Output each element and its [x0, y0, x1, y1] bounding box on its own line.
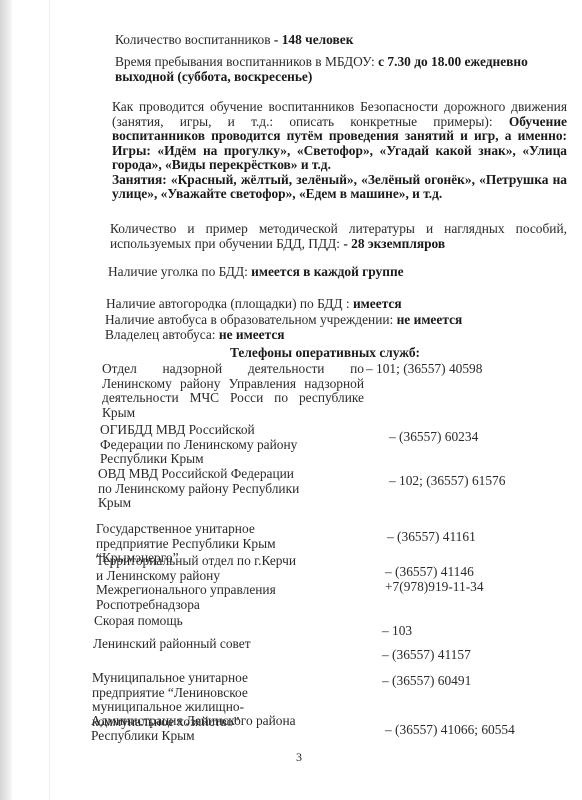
training-games: Игры: «Идём на прогулку», «Светофор», «У… — [112, 143, 567, 173]
service-phone: – (36557) 41066; 60554 — [385, 723, 515, 738]
service-name: Скорая помощь — [94, 614, 314, 629]
literature-label: Количество и пример методической литерат… — [110, 221, 567, 251]
service-name: Администрация Ленинского района Республи… — [91, 714, 311, 743]
corner-label: Наличие уголка по БДД: — [108, 264, 251, 279]
bus-owner: Владелец автобуса: не имеется — [105, 328, 555, 343]
pupils-label: Количество воспитанников — [115, 32, 271, 47]
bus-value: не имеется — [397, 312, 463, 327]
corner-value: имеется в каждой группе — [251, 264, 403, 279]
service-name: Территориальный отдел по г.Керчи и Ленин… — [96, 554, 301, 612]
service-phone: – 102; (36557) 61576 — [389, 474, 505, 489]
page-number: 3 — [296, 750, 302, 765]
service-phone-mobile: +7(978)919-11-34 — [385, 580, 484, 595]
pupils-value: - 148 человек — [271, 32, 354, 47]
bus-label: Наличие автобуса в образовательном учреж… — [105, 312, 397, 327]
stay-time-label: Время пребывания воспитанников в МБДОУ: — [115, 54, 378, 69]
bdd-corner: Наличие уголка по БДД: имеется в каждой … — [108, 265, 558, 280]
service-phone: – (36557) 41146 — [385, 565, 474, 580]
bus-availability: Наличие автобуса в образовательном учреж… — [105, 313, 555, 328]
service-name: ОВД МВД Российской Федерации по Ленинско… — [98, 467, 308, 511]
service-phone: – 103 — [382, 624, 412, 639]
service-name: ОГИБДД МВД Российской Федерации по Ленин… — [100, 423, 310, 467]
literature-value: - 28 экземпляров — [343, 236, 445, 251]
service-phone: – (36557) 60234 — [389, 430, 478, 445]
service-name: Ленинский районный совет — [93, 637, 313, 652]
literature-count: Количество и пример методической литерат… — [110, 222, 567, 251]
autotown-label: Наличие автогородка (площадки) по БДД : — [106, 296, 353, 311]
bus-owner-value: не имеется — [219, 327, 285, 342]
service-phone: – (36557) 41157 — [382, 648, 471, 663]
stay-time: Время пребывания воспитанников в МБДОУ: … — [115, 55, 567, 84]
training-lessons: Занятия: «Красный, жёлтый, зелёный», «Зе… — [112, 172, 567, 202]
bus-owner-label: Владелец автобуса: — [105, 327, 219, 342]
service-phone: – (36557) 60491 — [382, 674, 471, 689]
phones-title: Телефоны оперативных служб: — [100, 346, 550, 361]
service-phone: – 101; (36557) 40598 — [366, 362, 482, 377]
pupils-count: Количество воспитанников - 148 человек — [115, 33, 555, 48]
training-paragraph: Как проводится обучение воспитанников Бе… — [112, 100, 567, 202]
service-name: Отдел надзорной деятельности по Ленинско… — [102, 362, 364, 420]
autotown: Наличие автогородка (площадки) по БДД : … — [106, 297, 556, 312]
training-question: Как проводится обучение воспитанников Бе… — [112, 99, 567, 129]
service-phone: – (36557) 41161 — [387, 530, 476, 545]
document-page: Количество воспитанников - 148 человек В… — [0, 0, 582, 800]
autotown-value: имеется — [353, 296, 402, 311]
